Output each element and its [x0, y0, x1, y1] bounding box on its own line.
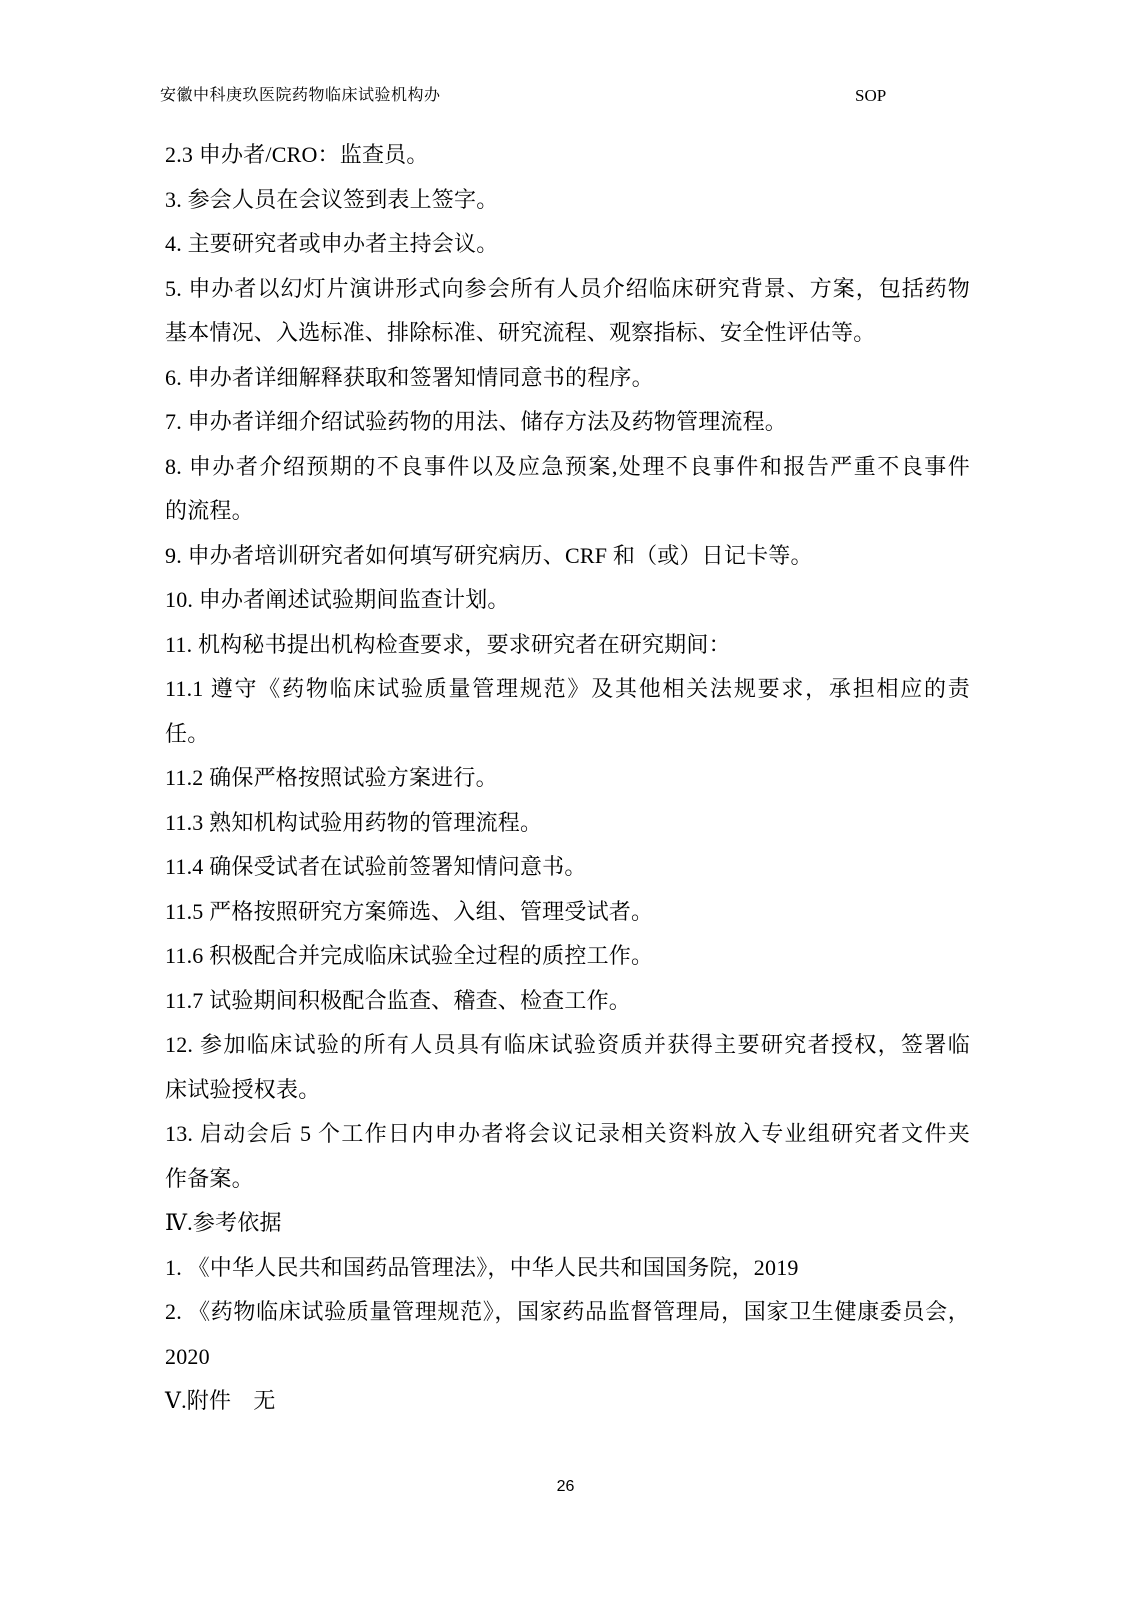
text-line: 9. 申办者培训研究者如何填写研究病历、CRF 和（或）日记卡等。: [165, 534, 970, 579]
text-line: 2.3 申办者/CRO：监查员。: [165, 133, 970, 178]
text-line: 床试验授权表。: [165, 1068, 970, 1113]
header-org-title: 安徽中科庚玖医院药物临床试验机构办: [160, 84, 441, 108]
text-line: 11. 机构秘书提出机构检查要求，要求研究者在研究期间：: [165, 623, 970, 668]
text-line: 12. 参加临床试验的所有人员具有临床试验资质并获得主要研究者授权，签署临: [165, 1023, 970, 1068]
header-doc-type-label: SOP: [855, 84, 886, 108]
text-line: 任。: [165, 712, 970, 757]
text-line: 11.2 确保严格按照试验方案进行。: [165, 756, 970, 801]
text-line: 基本情况、入选标准、排除标准、研究流程、观察指标、安全性评估等。: [165, 311, 970, 356]
text-line: 11.3 熟知机构试验用药物的管理流程。: [165, 801, 970, 846]
text-line: 6. 申办者详细解释获取和签署知情同意书的程序。: [165, 356, 970, 401]
page-header: 安徽中科庚玖医院药物临床试验机构办 SOP: [160, 84, 1131, 108]
document-page: 安徽中科庚玖医院药物临床试验机构办 SOP 2.3 申办者/CRO：监查员。3.…: [0, 0, 1131, 1600]
text-line: 10. 申办者阐述试验期间监查计划。: [165, 578, 970, 623]
text-line: 5. 申办者以幻灯片演讲形式向参会所有人员介绍临床研究背景、方案，包括药物: [165, 267, 970, 312]
text-line: 11.4 确保受试者在试验前签署知情问意书。: [165, 845, 970, 890]
document-body: 2.3 申办者/CRO：监查员。3. 参会人员在会议签到表上签字。4. 主要研究…: [165, 133, 970, 1424]
text-line: 8. 申办者介绍预期的不良事件以及应急预案,处理不良事件和报告严重不良事件: [165, 445, 970, 490]
text-line: 13. 启动会后 5 个工作日内申办者将会议记录相关资料放入专业组研究者文件夹: [165, 1112, 970, 1157]
text-line: 11.7 试验期间积极配合监查、稽查、检查工作。: [165, 979, 970, 1024]
text-line: Ⅴ.附件 无: [165, 1379, 970, 1424]
text-line: 的流程。: [165, 489, 970, 534]
text-line: 4. 主要研究者或申办者主持会议。: [165, 222, 970, 267]
page-number: 26: [557, 1478, 575, 1495]
text-line: 3. 参会人员在会议签到表上签字。: [165, 178, 970, 223]
text-line: 11.6 积极配合并完成临床试验全过程的质控工作。: [165, 934, 970, 979]
text-line: 11.1 遵守《药物临床试验质量管理规范》及其他相关法规要求，承担相应的责: [165, 667, 970, 712]
text-line: 11.5 严格按照研究方案筛选、入组、管理受试者。: [165, 890, 970, 935]
text-line: Ⅳ.参考依据: [165, 1201, 970, 1246]
text-line: 7. 申办者详细介绍试验药物的用法、储存方法及药物管理流程。: [165, 400, 970, 445]
text-line: 2. 《药物临床试验质量管理规范》，国家药品监督管理局，国家卫生健康委员会，: [165, 1290, 970, 1335]
text-line: 作备案。: [165, 1157, 970, 1202]
text-line: 2020: [165, 1335, 970, 1380]
page-footer: 26: [0, 1477, 1131, 1497]
text-line: 1. 《中华人民共和国药品管理法》，中华人民共和国国务院，2019: [165, 1246, 970, 1291]
